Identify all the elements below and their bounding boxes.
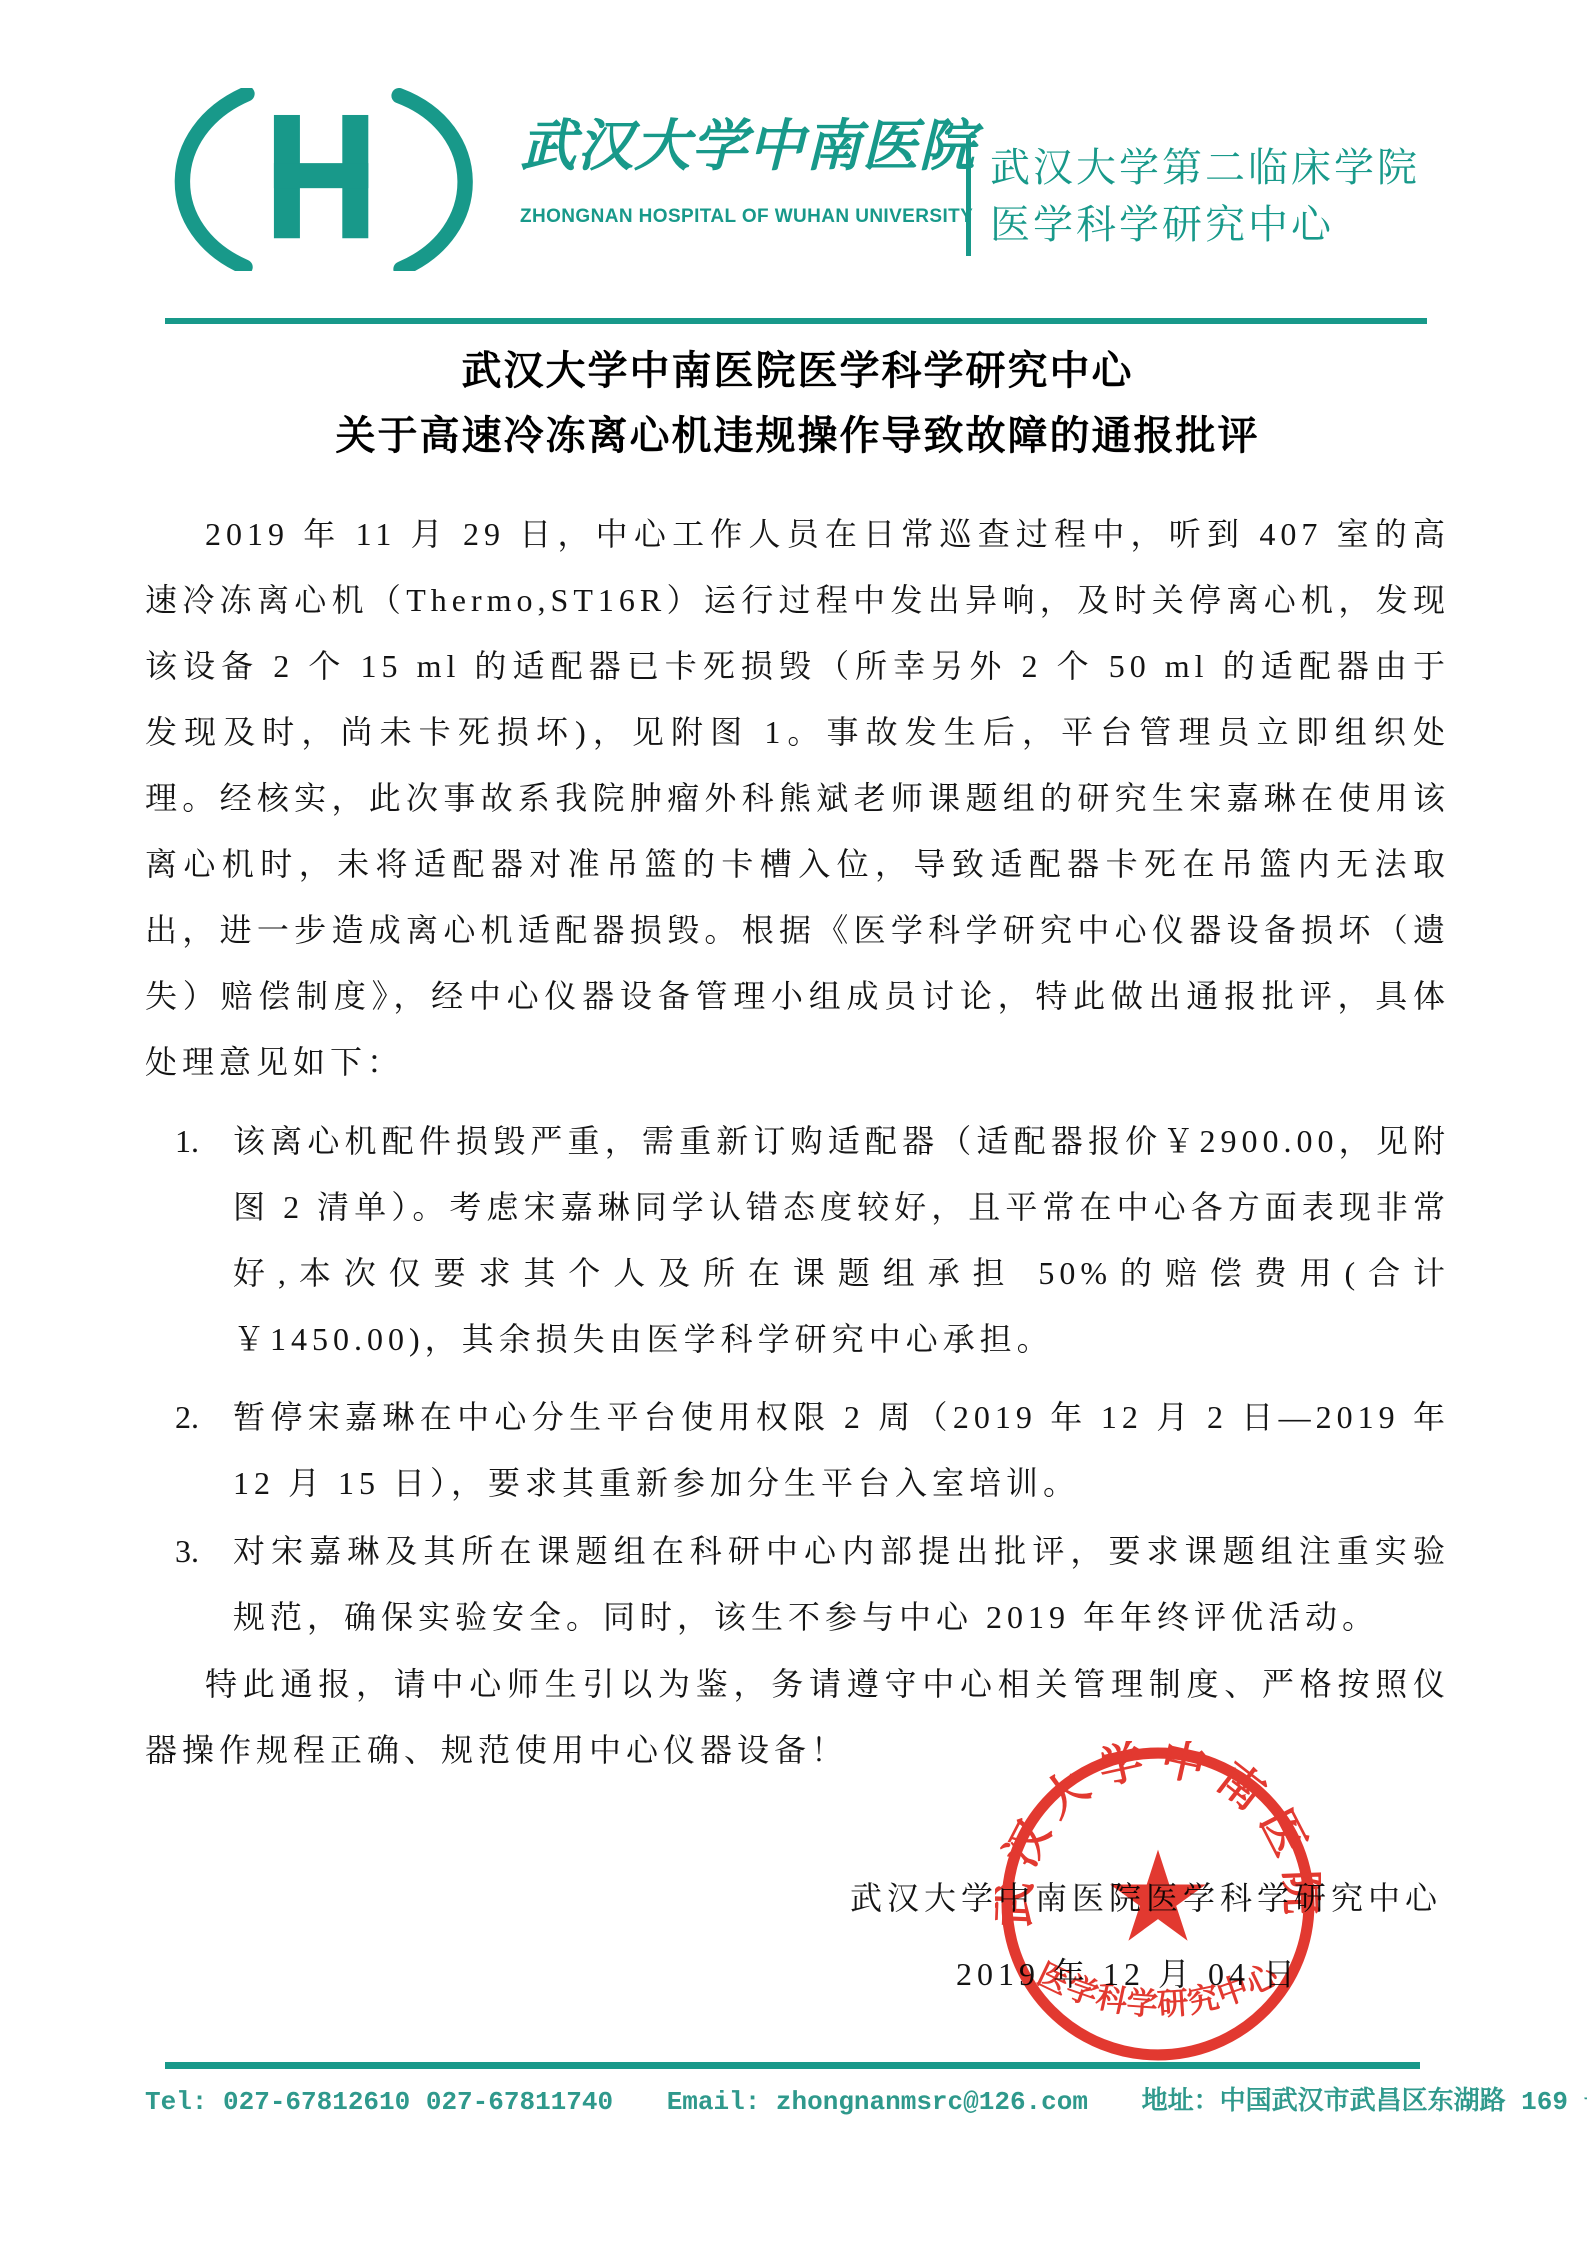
list-item: 1. 该离心机配件损毁严重，需重新订购适配器（适配器报价￥2900.00，见附图… <box>145 1108 1450 1372</box>
list-item-number: 1. <box>175 1108 199 1174</box>
hospital-H-logo-icon <box>148 88 500 271</box>
logo-right-paren <box>399 96 465 269</box>
list-item: 3. 对宋嘉琳及其所在课题组在科研中心内部提出批评，要求课题组注重实验规范，确保… <box>145 1518 1450 1650</box>
list-item-text: 暂停宋嘉琳在中心分生平台使用权限 2 周（2019 年 12 月 2 日—201… <box>233 1399 1450 1501</box>
logo-left-paren <box>182 94 247 267</box>
document-title-line2: 关于高速冷冻离心机违规操作导致故障的通报批评 <box>145 403 1450 468</box>
seal-bottom-text: 医学科学研究中心 <box>1032 1956 1285 2022</box>
footer-tel: Tel: 027-67812610 027-67811740 <box>145 2087 613 2117</box>
hospital-name-en: ZHONGNAN HOSPITAL OF WUHAN UNIVERSITY <box>520 206 960 228</box>
list-item-text: 对宋嘉琳及其所在课题组在科研中心内部提出批评，要求课题组注重实验规范，确保实验安… <box>233 1533 1450 1635</box>
footer-rule <box>165 2062 1420 2069</box>
intro-paragraph: 2019 年 11 月 29 日，中心工作人员在日常巡查过程中，听到 407 室… <box>145 501 1450 1095</box>
document-title: 武汉大学中南医院医学科学研究中心 关于高速冷冻离心机违规操作导致故障的通报批评 <box>145 338 1450 468</box>
seal-star-icon <box>1110 1850 1206 1941</box>
list-item: 2. 暂停宋嘉琳在中心分生平台使用权限 2 周（2019 年 12 月 2 日—… <box>145 1384 1450 1516</box>
list-item-number: 2. <box>175 1384 199 1450</box>
logo-h-crossbar <box>274 163 368 188</box>
document-title-line1: 武汉大学中南医院医学科学研究中心 <box>145 338 1450 403</box>
list-item-text: 该离心机配件损毁严重，需重新订购适配器（适配器报价￥2900.00，见附图 2 … <box>233 1123 1450 1357</box>
official-seal-icon: 武汉大学中南医院 医学科学研究中心 <box>995 1741 1321 2067</box>
footer-email: Email: zhongnanmsrc@126.com <box>667 2087 1088 2117</box>
svg-text:医学科学研究中心: 医学科学研究中心 <box>1032 1956 1285 2022</box>
header-rule <box>165 318 1427 324</box>
department-line1: 武汉大学第二临床学院 <box>990 140 1420 197</box>
hospital-name-cn: 武汉大学中南医院 <box>520 102 960 192</box>
department-block: 武汉大学第二临床学院 医学科学研究中心 <box>990 140 1420 254</box>
list-item-number: 3. <box>175 1518 199 1584</box>
hospital-brand: 武汉大学中南医院 ZHONGNAN HOSPITAL OF WUHAN UNIV… <box>520 102 960 228</box>
footer-address: 地址：中国武汉市武昌区东湖路 169 号 <box>1142 2087 1587 2117</box>
footer-contact-line: Tel: 027-67812610 027-67811740 Email: zh… <box>145 2080 1442 2117</box>
department-line2: 医学科学研究中心 <box>990 197 1420 254</box>
header-vertical-divider <box>966 138 971 256</box>
document-page: 武汉大学中南医院 ZHONGNAN HOSPITAL OF WUHAN UNIV… <box>0 0 1587 2245</box>
